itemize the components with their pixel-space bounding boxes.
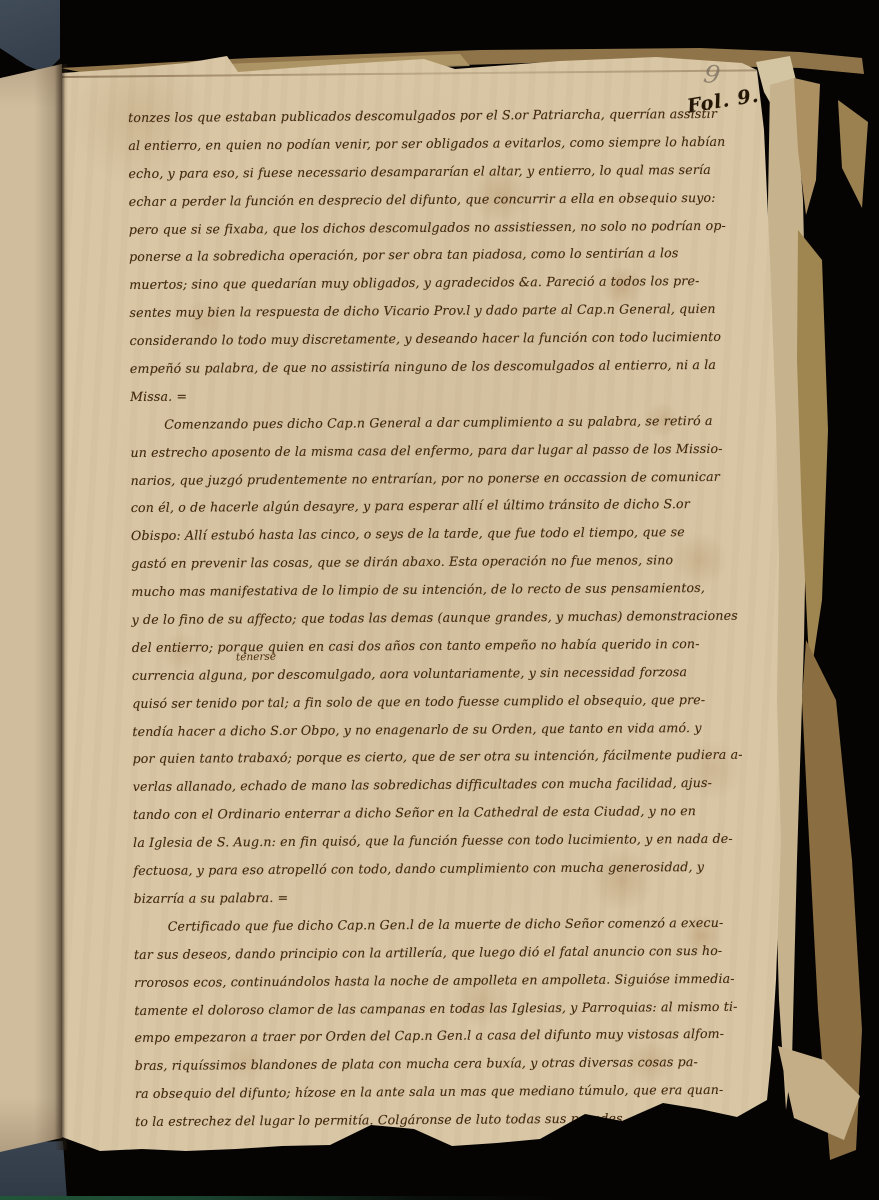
manuscript-line: ra obsequio del difunto; hízose en la an… <box>135 1076 727 1108</box>
manuscript-line: con él, o de hacerle algún desayre, y pa… <box>131 490 723 522</box>
manuscript-line: echo, y para eso, si fuese necessario de… <box>128 156 720 188</box>
manuscript-line: bizarría a su palabra. = <box>133 881 725 913</box>
manuscript-line: y de lo fino de su affecto; que todas la… <box>132 602 724 634</box>
manuscript-line: empo empezaron a traer por Orden del Cap… <box>134 1020 726 1052</box>
manuscript-line: ponerse a la sobredicha operación, por s… <box>129 239 721 271</box>
manuscript-line: fectuosa, y para eso atropelló con todo,… <box>133 853 725 885</box>
manuscript-line: mucho mas manifestativa de lo limpio de … <box>131 574 723 606</box>
manuscript-line: sentes muy bien la respuesta de dicho Vi… <box>129 295 721 327</box>
manuscript-line: la Iglesia de S. Aug.n: en fin quisó, qu… <box>133 825 725 857</box>
manuscript-text-block: tonzes los que estaban publicados descom… <box>128 100 727 1149</box>
manuscript-photo: 9 Fol. 9. tenerse tonzes los que estaban… <box>0 0 879 1200</box>
manuscript-line: Missa. = <box>130 379 722 411</box>
manuscript-page: 9 Fol. 9. tenerse tonzes los que estaban… <box>0 0 879 1200</box>
manuscript-line: del entierro; porque quien en casi dos a… <box>132 630 724 662</box>
manuscript-line: quisó ser tenido por tal; a fin solo de … <box>132 686 724 718</box>
facing-page-edge <box>0 64 62 1152</box>
manuscript-line: tonzes los que estaban publicados descom… <box>128 100 720 132</box>
manuscript-line: un estrecho aposento de la misma casa de… <box>130 435 722 467</box>
manuscript-line: considerando lo todo muy discretamente, … <box>130 323 722 355</box>
pencil-folio-number: 9 <box>702 59 723 90</box>
manuscript-line: tar sus deseos, dando principio con la a… <box>134 937 726 969</box>
manuscript-line: bras, riquíssimos blandones de plata con… <box>135 1048 727 1080</box>
manuscript-line: rrorosos ecos, continuándolos hasta la n… <box>134 964 726 996</box>
manuscript-line: narios, que juzgó prudentemente no entra… <box>131 462 723 494</box>
manuscript-line: por quien tanto trabaxó; porque es ciert… <box>132 741 724 773</box>
manuscript-line: tando con el Ordinario enterrar a dicho … <box>133 797 725 829</box>
manuscript-line: currencia alguna, por descomulgado, aora… <box>132 658 724 690</box>
manuscript-line: Obispo: Allí estubó hasta las cinco, o s… <box>131 518 723 550</box>
manuscript-line: verlas allanado, echado de mano las sobr… <box>133 769 725 801</box>
top-fold-crease <box>62 69 758 78</box>
manuscript-line: Certificado que fue dicho Cap.n Gen.l de… <box>134 909 726 941</box>
manuscript-line: muertos; sino que quedarían muy obligado… <box>129 267 721 299</box>
manuscript-line: tendía hacer a dicho S.or Obpo, y no ena… <box>132 713 724 745</box>
manuscript-line: empeñó su palabra, de que no assistiría … <box>130 351 722 383</box>
page-edge-chip-right <box>838 100 868 208</box>
manuscript-line: al entierro, en quien no podían venir, p… <box>128 128 720 160</box>
manuscript-line: gastó en prevenir las cosas, que se dirá… <box>131 546 723 578</box>
manuscript-line: echar a perder la función en desprecio d… <box>129 184 721 216</box>
binding-cloth-bottom-left <box>0 1141 67 1200</box>
manuscript-line: pero que si se fixaba, que los dichos de… <box>129 211 721 243</box>
table-edge-strip <box>0 1196 560 1200</box>
manuscript-line: tamente el doloroso clamor de las campan… <box>134 992 726 1024</box>
manuscript-line: Comenzando pues dicho Cap.n General a da… <box>130 407 722 439</box>
